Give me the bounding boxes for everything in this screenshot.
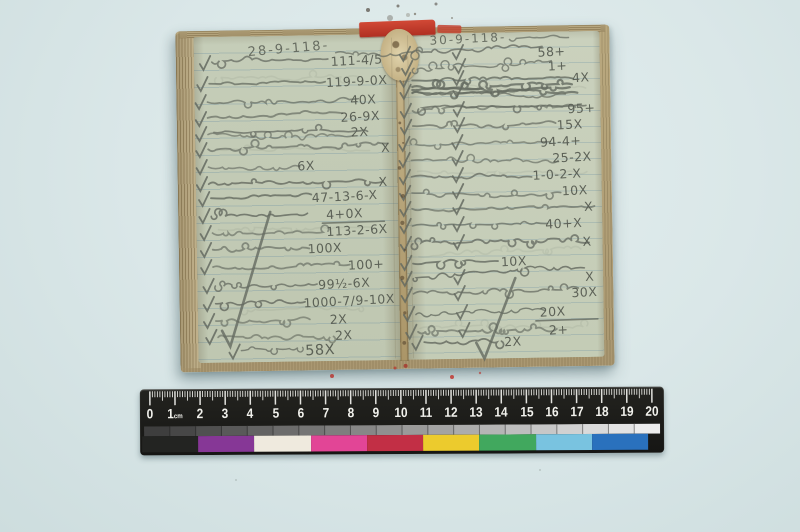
speck [451,17,453,19]
ruler-number: 4 [239,405,262,422]
ruler-number: 6 [289,404,312,421]
speck [450,375,454,379]
photo-scene: 28-9-118- 30-9-118- 111-4/5119-9-0X40X26… [0,0,800,532]
left-page [193,34,400,363]
ruler-number: 17 [565,403,588,420]
color-patch [423,435,479,451]
color-patch [142,436,198,452]
color-patch [311,435,367,451]
ruler-number: 5 [264,405,287,422]
grayscale-step [299,425,325,435]
grayscale-step [350,425,376,435]
grayscale-step [505,424,531,434]
ruler-number: 8 [339,404,362,421]
speck [435,3,438,6]
color-patch [255,435,311,451]
grayscale-step [402,425,428,435]
color-patch [536,434,592,450]
grayscale-step [170,426,196,436]
ruler-number: 16 [540,403,563,420]
speck [539,469,541,471]
color-patch [367,435,423,451]
color-patch [479,434,535,450]
grayscale-step [325,425,351,435]
color-patch [592,434,648,450]
ruler-number: 15 [515,403,538,420]
grayscale-step [531,424,557,434]
ruler-number: 2 [189,405,212,422]
grayscale-step [479,424,505,434]
right-page [403,31,604,360]
grayscale-step [376,425,402,435]
ruler-number: 12 [440,404,463,421]
ruler-number: 1cm [164,405,187,422]
grayscale-step [634,424,660,434]
grayscale-step [428,425,454,435]
speck [406,13,410,17]
speck [235,479,237,481]
notebook: 28-9-118- 30-9-118- 111-4/5119-9-0X40X26… [175,25,614,373]
ruler-number: 20 [640,403,663,420]
speck [366,8,370,12]
speck [479,372,481,374]
grayscale-step [196,426,222,436]
ruler: 01cm234567891011121314151617181920 [140,387,664,456]
binding-knot [380,29,419,82]
grayscale-step [221,426,247,436]
ruler-unit: cm [174,413,183,420]
ruler-number: 11 [415,404,438,421]
grayscale-step [583,424,609,434]
ruler-number: 18 [590,403,613,420]
speck [397,5,400,8]
speck [330,374,334,378]
ruler-number: 3 [214,405,237,422]
grayscale-step [273,426,299,436]
ruler-number: 14 [490,403,513,420]
ruler-number: 10 [389,404,412,421]
speck [414,13,416,15]
color-patch [198,436,254,452]
ruler-number: 19 [615,403,638,420]
grayscale-step [557,424,583,434]
grayscale-step [608,424,634,434]
grayscale-step [247,426,273,436]
ruler-number: 9 [364,404,387,421]
grayscale-step [144,426,170,436]
ruler-number: 13 [465,404,488,421]
ruler-color-patches [142,434,648,453]
ruler-number: 7 [314,404,337,421]
grayscale-step [454,425,480,435]
ruler-number: 0 [138,405,161,422]
